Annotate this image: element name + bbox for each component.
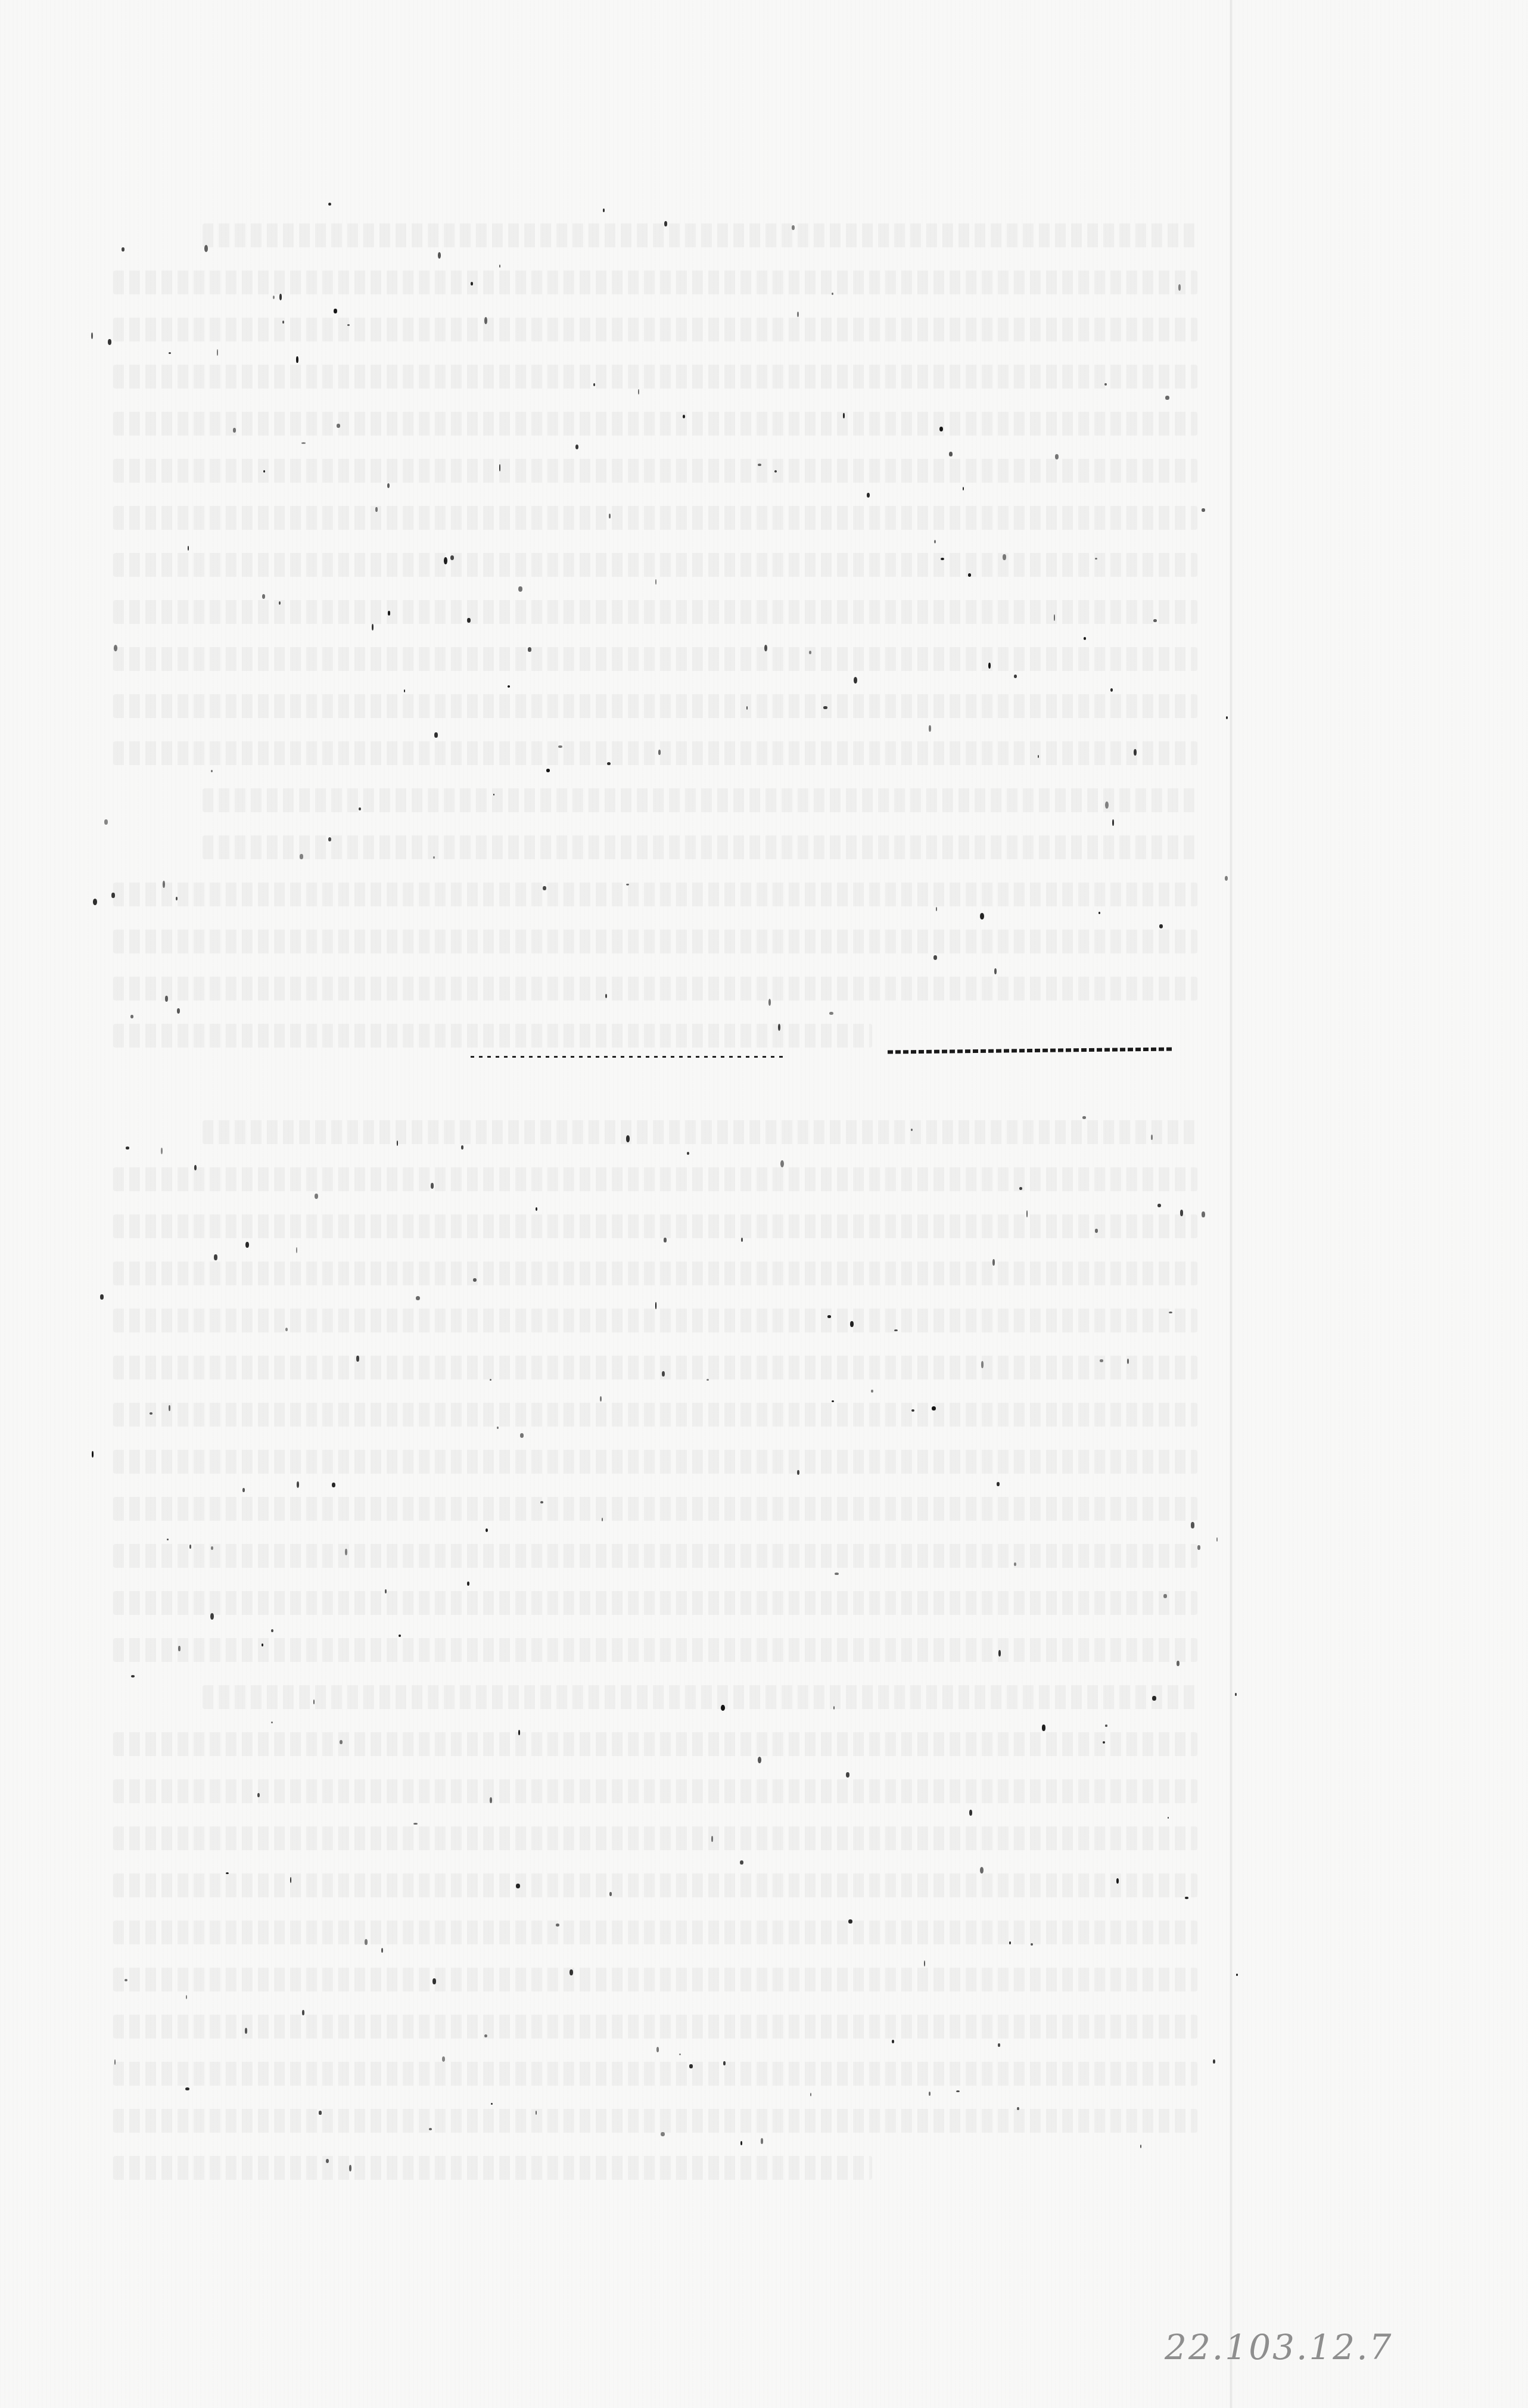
typed-line	[113, 1638, 1197, 1662]
ink-speck	[242, 1488, 245, 1492]
ink-speck	[980, 913, 984, 919]
ink-speck	[1003, 554, 1006, 560]
ink-speck	[429, 2128, 432, 2130]
ink-speck	[963, 487, 964, 490]
ink-speck	[638, 389, 639, 394]
ink-speck	[233, 428, 236, 433]
section-separator	[459, 1049, 1197, 1067]
ink-speck	[178, 1646, 180, 1651]
ink-speck	[1082, 1116, 1086, 1119]
typed-line	[113, 1921, 1197, 1944]
ink-speck	[740, 2141, 742, 2145]
typed-line	[113, 1403, 1197, 1427]
ink-speck	[997, 1482, 1000, 1486]
ink-speck	[536, 2111, 537, 2115]
ink-speck	[271, 1722, 273, 1724]
ink-speck	[871, 1390, 873, 1393]
ink-speck	[210, 1613, 214, 1620]
typed-line	[113, 271, 1197, 294]
ink-speck	[100, 1294, 104, 1299]
ink-speck	[91, 333, 93, 339]
ink-speck	[169, 352, 171, 354]
ink-speck	[1151, 1135, 1153, 1140]
ink-speck	[296, 356, 298, 363]
typed-line	[113, 1497, 1197, 1521]
typed-line	[113, 459, 1197, 483]
ink-speck	[823, 706, 827, 709]
typed-line	[113, 1732, 1197, 1756]
separator-right-dashes	[888, 1047, 1174, 1054]
ink-speck	[471, 282, 473, 285]
ink-speck	[1095, 1229, 1097, 1233]
typed-line	[113, 600, 1197, 624]
ink-speck	[150, 1412, 152, 1415]
ink-speck	[1236, 1974, 1238, 1976]
ink-speck	[792, 225, 795, 231]
ink-speck	[1235, 1693, 1236, 1695]
typed-line	[113, 412, 1197, 436]
ink-speck	[319, 2111, 322, 2115]
ink-speck	[936, 907, 937, 912]
typed-line	[113, 1544, 1197, 1568]
ink-speck	[603, 209, 604, 213]
ink-speck	[810, 2093, 811, 2096]
typed-line	[203, 223, 1197, 247]
ink-speck	[273, 296, 275, 299]
ink-speck	[664, 221, 667, 226]
typed-line	[113, 977, 1197, 1001]
ink-speck	[711, 1836, 712, 1842]
ink-speck	[797, 312, 799, 317]
typed-line	[113, 1968, 1197, 1991]
ink-speck	[1134, 749, 1136, 756]
ink-speck	[375, 507, 377, 512]
typed-line	[113, 1591, 1197, 1615]
ink-speck	[664, 1238, 666, 1242]
ink-speck	[1216, 1537, 1218, 1542]
ink-speck	[1031, 1943, 1032, 1946]
ink-speck	[93, 899, 97, 905]
ink-speck	[1105, 1725, 1108, 1726]
ink-speck	[1019, 1187, 1022, 1189]
typed-line	[203, 1120, 1197, 1144]
ink-speck	[130, 1015, 133, 1018]
ink-speck	[416, 1296, 420, 1300]
ink-speck	[600, 1396, 602, 1402]
ink-speck	[189, 1545, 191, 1549]
ink-speck	[655, 579, 656, 585]
ink-speck	[279, 294, 282, 300]
ink-speck	[661, 2132, 664, 2136]
ink-speck	[165, 996, 167, 1002]
ink-speck	[1177, 1661, 1180, 1667]
ink-speck	[297, 1481, 299, 1488]
ink-speck	[543, 886, 546, 891]
ink-speck	[349, 2165, 351, 2172]
typed-line	[113, 506, 1197, 530]
typed-line	[113, 1826, 1197, 1850]
ink-speck	[332, 1483, 335, 1487]
ink-speck	[741, 1238, 743, 1242]
ink-speck	[980, 1867, 984, 1874]
typed-line	[113, 741, 1197, 765]
ink-speck	[290, 1877, 291, 1883]
ink-speck	[104, 819, 108, 825]
typed-line	[113, 2109, 1197, 2133]
ink-speck	[556, 1924, 559, 1926]
typed-line	[203, 1685, 1197, 1709]
ink-speck	[1100, 1359, 1103, 1362]
ink-speck	[723, 2061, 725, 2065]
ink-speck	[969, 1810, 972, 1816]
ink-speck	[1202, 508, 1205, 512]
typed-line	[113, 553, 1197, 577]
ink-speck	[211, 770, 213, 772]
ink-speck	[626, 1135, 630, 1142]
ink-speck	[850, 1321, 854, 1326]
typed-line	[203, 788, 1197, 812]
ink-speck	[1213, 2059, 1215, 2064]
ink-speck	[1104, 383, 1107, 386]
ink-speck	[92, 1451, 94, 1457]
typed-line	[113, 1262, 1197, 1285]
ink-speck	[1152, 1696, 1156, 1701]
ink-speck	[484, 2034, 487, 2038]
ink-speck	[988, 663, 991, 669]
ink-speck	[444, 557, 447, 564]
ink-speck	[558, 745, 562, 748]
ink-speck	[932, 1406, 936, 1410]
ink-speck	[108, 339, 111, 345]
ink-speck	[1095, 558, 1097, 560]
ink-speck	[832, 293, 833, 295]
ink-speck	[933, 955, 937, 960]
typed-line	[113, 1309, 1197, 1332]
ink-speck	[399, 1635, 400, 1637]
ink-speck	[768, 999, 771, 1006]
ink-speck	[1055, 454, 1059, 459]
ink-speck	[185, 2087, 189, 2090]
ink-speck	[257, 1793, 259, 1797]
ink-speck	[131, 1675, 135, 1677]
ink-speck	[1169, 1312, 1172, 1313]
typed-line	[113, 1873, 1197, 1897]
ink-speck	[177, 1008, 180, 1014]
ink-speck	[1084, 637, 1087, 640]
typed-line	[113, 318, 1197, 341]
typed-line	[113, 1779, 1197, 1803]
ink-speck	[929, 725, 931, 732]
ink-speck	[774, 470, 777, 473]
ink-speck	[721, 1705, 725, 1711]
ink-speck	[1157, 1204, 1161, 1207]
ink-speck	[683, 415, 684, 418]
ink-speck	[1014, 1562, 1016, 1566]
ink-speck	[315, 1194, 318, 1199]
ink-speck	[1191, 1522, 1195, 1528]
ink-speck	[245, 1242, 249, 1248]
typed-line	[113, 365, 1197, 389]
ink-speck	[846, 1772, 849, 1778]
ink-speck	[528, 647, 532, 652]
ink-speck	[296, 1247, 297, 1253]
typed-line	[113, 1214, 1197, 1238]
ink-speck	[1103, 1741, 1105, 1744]
ink-speck	[491, 2103, 492, 2105]
ink-speck	[217, 349, 218, 356]
ink-speck	[413, 1823, 418, 1825]
typed-line	[113, 883, 1197, 906]
scanned-page: 22.103.12.7	[0, 0, 1528, 2408]
fold-line	[1230, 0, 1233, 2408]
ink-speck	[188, 546, 189, 551]
ink-speck	[214, 1254, 217, 1261]
ink-speck	[609, 1892, 612, 1896]
ink-speck	[518, 586, 522, 592]
ink-speck	[546, 769, 550, 772]
paragraph-block-2	[113, 1120, 1197, 2203]
ink-speck	[262, 1643, 263, 1646]
ink-speck	[778, 1024, 780, 1031]
typed-line	[113, 2015, 1197, 2039]
ink-speck	[114, 645, 117, 651]
ink-speck	[356, 1356, 359, 1362]
ink-speck	[516, 1884, 520, 1888]
ink-speck	[337, 424, 341, 428]
ink-speck	[998, 2043, 1000, 2047]
ink-speck	[609, 514, 610, 518]
ink-speck	[302, 2010, 304, 2015]
ink-speck	[992, 1259, 995, 1265]
ink-speck	[508, 685, 510, 688]
ink-speck	[1226, 716, 1228, 719]
ink-speck	[1042, 1725, 1046, 1731]
ink-speck	[431, 1183, 434, 1188]
ink-speck	[1017, 2107, 1019, 2111]
ink-speck	[111, 893, 114, 898]
ink-speck	[1202, 1211, 1205, 1217]
ink-speck	[911, 1409, 914, 1412]
typed-line	[113, 1356, 1197, 1379]
ink-speck	[211, 1546, 213, 1551]
paragraph-block-1	[113, 223, 1197, 1071]
ink-speck	[656, 2047, 659, 2052]
typed-line	[113, 930, 1197, 953]
ink-speck	[1105, 801, 1109, 809]
ink-speck	[843, 413, 845, 418]
ink-speck	[1165, 396, 1169, 400]
ink-speck	[169, 1405, 170, 1412]
typed-line	[113, 2156, 872, 2180]
typed-line	[113, 2062, 1197, 2086]
ink-speck	[797, 1470, 799, 1475]
ink-speck	[1185, 1897, 1189, 1899]
typed-line	[113, 647, 1197, 671]
typed-line	[113, 1167, 1197, 1191]
ink-speck	[334, 309, 337, 313]
ink-speck	[1116, 1878, 1119, 1883]
ink-speck	[1009, 1941, 1011, 1944]
ink-speck	[1112, 819, 1114, 825]
ink-speck	[1026, 1210, 1028, 1217]
ink-speck	[854, 677, 857, 683]
ink-speck	[1110, 688, 1113, 692]
ink-speck	[956, 2090, 959, 2092]
ink-speck	[328, 203, 331, 206]
ink-speck	[981, 1361, 984, 1368]
typed-line	[203, 835, 1197, 859]
ink-speck	[245, 2028, 248, 2034]
separator-left-dashes	[471, 1056, 786, 1058]
ink-speck	[758, 1757, 761, 1763]
ink-speck	[593, 383, 595, 386]
ink-speck	[114, 2059, 116, 2065]
typed-line	[113, 1450, 1197, 1474]
ink-speck	[998, 1650, 1001, 1657]
ink-speck	[833, 1706, 835, 1710]
typed-line	[113, 694, 1197, 718]
archive-number: 22.103.12.7	[1165, 2327, 1393, 2367]
ink-speck	[484, 317, 487, 324]
ink-speck	[486, 1528, 487, 1532]
ink-speck	[687, 1152, 689, 1155]
typed-line	[113, 1024, 872, 1048]
ink-speck	[1225, 876, 1228, 881]
ink-speck	[432, 1978, 436, 1985]
ink-speck	[176, 897, 177, 900]
ink-speck	[434, 732, 438, 738]
ink-speck	[689, 2064, 692, 2068]
ink-speck	[163, 881, 164, 887]
ink-speck	[1197, 1545, 1200, 1551]
